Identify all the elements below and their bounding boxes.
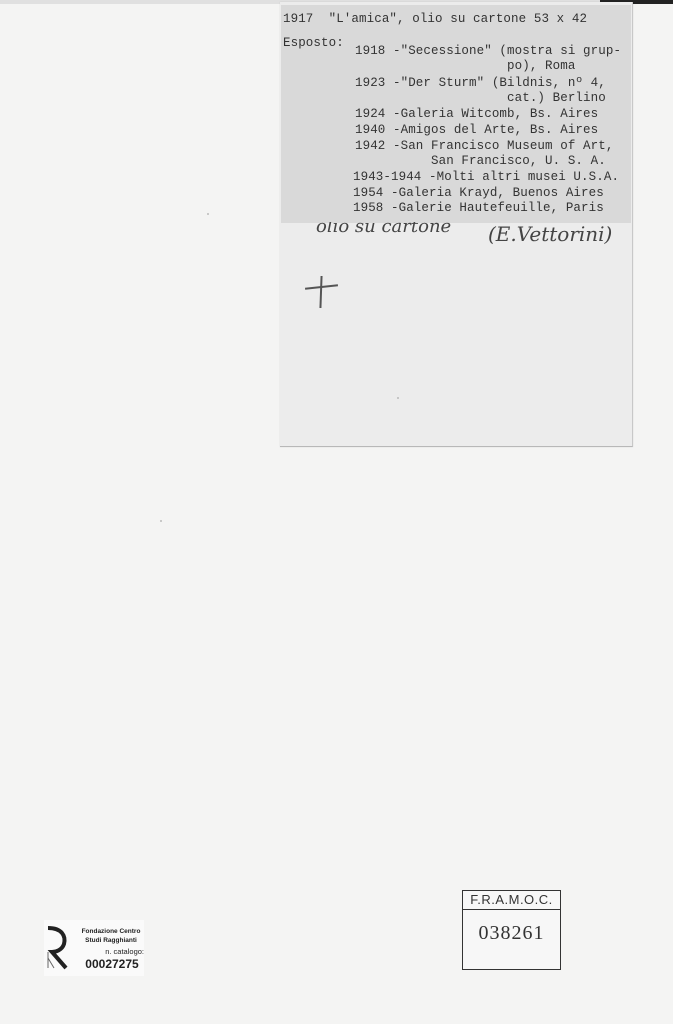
exhibition-line: 1954 -Galeria Krayd, Buenos Aires bbox=[353, 186, 604, 201]
framoc-stamp: F.R.A.M.O.C. 038261 bbox=[462, 890, 561, 970]
exhibition-line: 1924 -Galeria Witcomb, Bs. Aires bbox=[355, 107, 598, 122]
exhibition-line: 1940 -Amigos del Arte, Bs. Aires bbox=[355, 123, 598, 138]
exhibition-line: 1943-1944 -Molti altri musei U.S.A. bbox=[353, 170, 619, 185]
exhibition-line: po), Roma bbox=[355, 59, 575, 74]
exhibition-line: 1918 -"Secessione" (mostra si grup- bbox=[355, 44, 621, 59]
catalog-number: 00027275 bbox=[80, 957, 144, 971]
dust-speck bbox=[160, 520, 162, 522]
foundation-name-1: Fondazione Centro bbox=[78, 928, 144, 935]
foundation-name-2: Studi Ragghianti bbox=[78, 937, 144, 944]
exhibition-line: 1923 -"Der Sturm" (Bildnis, nº 4, bbox=[355, 76, 606, 91]
framoc-title: F.R.A.M.O.C. bbox=[463, 891, 560, 910]
dust-speck bbox=[397, 397, 399, 399]
exhibition-line: 1958 -Galerie Hautefeuille, Paris bbox=[353, 201, 604, 216]
ragghianti-logo-icon bbox=[46, 926, 68, 970]
exhibition-line: cat.) Berlino bbox=[355, 91, 606, 106]
handwritten-attribution: (E.Vettorini) bbox=[488, 222, 612, 246]
exhibition-line: 1942 -San Francisco Museum of Art, bbox=[355, 139, 613, 154]
catalog-label: n. catalogo: bbox=[92, 947, 144, 956]
label-header: 1917 "L'amica", olio su cartone 53 x 42 bbox=[283, 12, 587, 27]
framoc-number: 038261 bbox=[463, 922, 560, 945]
exhibited-label: Esposto: bbox=[283, 36, 344, 51]
exhibition-line: San Francisco, U. S. A. bbox=[355, 154, 606, 169]
dust-speck bbox=[207, 213, 209, 215]
